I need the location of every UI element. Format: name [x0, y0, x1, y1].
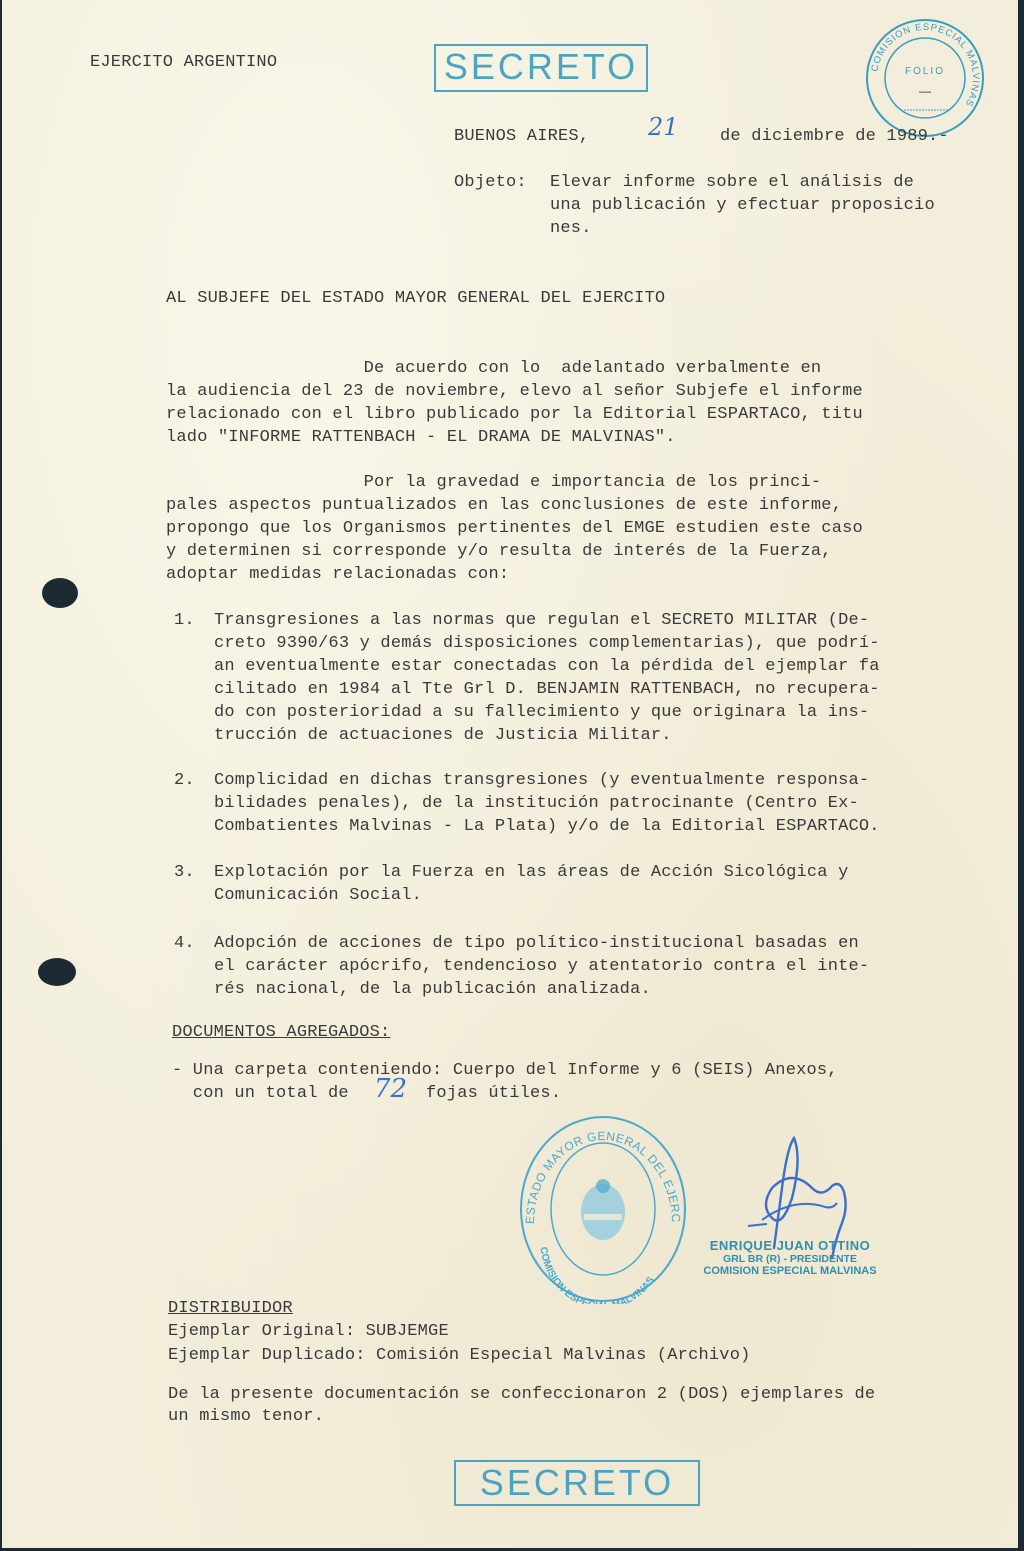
paragraph-line: adoptar medidas relacionadas con:: [166, 564, 509, 587]
list-item-line: Adopción de acciones de tipo político-in…: [214, 933, 859, 956]
city: BUENOS AIRES,: [454, 126, 589, 149]
document-page: EJERCITO ARGENTINO SECRETO COMISION ESPE…: [2, 0, 1018, 1548]
punch-hole-lower: [38, 958, 76, 986]
list-item-number: 3.: [174, 862, 195, 885]
list-item-number: 2.: [174, 770, 195, 793]
distribution-note-line-1: De la presente documentación se confecci…: [168, 1384, 875, 1407]
handwritten-page-count: 72: [374, 1074, 407, 1104]
coat-of-arms-icon: [581, 1179, 625, 1240]
signatory-rank: GRL BR (R) - PRESIDENTE: [690, 1253, 890, 1265]
paragraph-line: Por la gravedad e importancia de los pri…: [166, 472, 821, 495]
list-item-number: 4.: [174, 933, 195, 956]
attachments-heading: DOCUMENTOS AGREGADOS:: [172, 1022, 390, 1045]
subject-line-1: Elevar informe sobre el análisis de: [550, 172, 914, 195]
punch-hole-upper: [42, 578, 78, 608]
organization-header: EJERCITO ARGENTINO: [90, 52, 277, 75]
list-item-line: bilidades penales), de la institución pa…: [214, 793, 859, 816]
list-item-line: Transgresiones a las normas que regulan …: [214, 610, 869, 633]
handwritten-day: 21: [648, 113, 679, 141]
attachments-line-2-prefix: con un total de: [172, 1083, 349, 1106]
secreto-stamp-bottom: SECRETO: [454, 1460, 700, 1506]
paragraph-line: propongo que los Organismos pertinentes …: [166, 518, 863, 541]
paragraph-line: relacionado con el libro publicado por l…: [166, 404, 863, 427]
list-item-line: creto 9390/63 y demás disposiciones comp…: [214, 633, 880, 656]
paragraph-line: De acuerdo con lo adelantado verbalmente…: [166, 358, 821, 381]
attachments-line-2-suffix: fojas útiles.: [426, 1083, 561, 1106]
secreto-stamp-top: SECRETO: [434, 44, 648, 92]
attachments-line-1: - Una carpeta conteniendo: Cuerpo del In…: [172, 1060, 838, 1083]
list-item-line: Complicidad en dichas transgresiones (y …: [214, 770, 869, 793]
list-item-line: Comunicación Social.: [214, 885, 422, 908]
list-item-line: Combatientes Malvinas - La Plata) y/o de…: [214, 816, 880, 839]
list-item-line: cilitado en 1984 al Tte Grl D. BENJAMIN …: [214, 679, 880, 702]
list-item-line: el carácter apócrifo, tendencioso y aten…: [214, 956, 869, 979]
subject-line-3: nes.: [550, 218, 592, 241]
subject-line-2: una publicación y efectuar proposicio: [550, 195, 935, 218]
signature-block: ENRIQUE JUAN OTTINO GRL BR (R) - PRESIDE…: [690, 1238, 890, 1277]
paragraph-line: y determinen si corresponde y/o resulta …: [166, 541, 832, 564]
distribution-heading: DISTRIBUIDOR: [168, 1298, 293, 1321]
folio-label: FOLIO: [905, 66, 945, 77]
paragraph-line: lado "INFORME RATTENBACH - EL DRAMA DE M…: [166, 427, 676, 450]
list-item-line: Explotación por la Fuerza en las áreas d…: [214, 862, 849, 885]
addressee: AL SUBJEFE DEL ESTADO MAYOR GENERAL DEL …: [166, 288, 665, 311]
folio-seal-stamp: COMISION ESPECIAL MALVINAS FOLIO —: [864, 17, 986, 139]
list-item-line: trucción de actuaciones de Justicia Mili…: [214, 725, 672, 748]
date-text: de diciembre de 1989.-: [720, 126, 949, 149]
signatory-name: ENRIQUE JUAN OTTINO: [690, 1238, 890, 1253]
list-item-number: 1.: [174, 610, 195, 633]
distribution-note-line-2: un mismo tenor.: [168, 1406, 324, 1429]
folio-value: —: [919, 84, 931, 98]
subject-label: Objeto:: [454, 172, 527, 195]
paragraph-line: la audiencia del 23 de noviembre, elevo …: [166, 381, 863, 404]
oval-seal-stamp: ESTADO MAYOR GENERAL DEL EJERCITO COMISI…: [518, 1114, 688, 1304]
list-item-line: an eventualmente estar conectadas con la…: [214, 656, 880, 679]
list-item-line: do con posterioridad a su fallecimiento …: [214, 702, 869, 725]
signatory-commission: COMISION ESPECIAL MALVINAS: [690, 1265, 890, 1277]
list-item-line: rés nacional, de la publicación analizad…: [214, 979, 651, 1002]
distribution-duplicate: Ejemplar Duplicado: Comisión Especial Ma…: [168, 1345, 751, 1368]
distribution-original: Ejemplar Original: SUBJEMGE: [168, 1321, 449, 1344]
paragraph-line: pales aspectos puntualizados en las conc…: [166, 495, 842, 518]
